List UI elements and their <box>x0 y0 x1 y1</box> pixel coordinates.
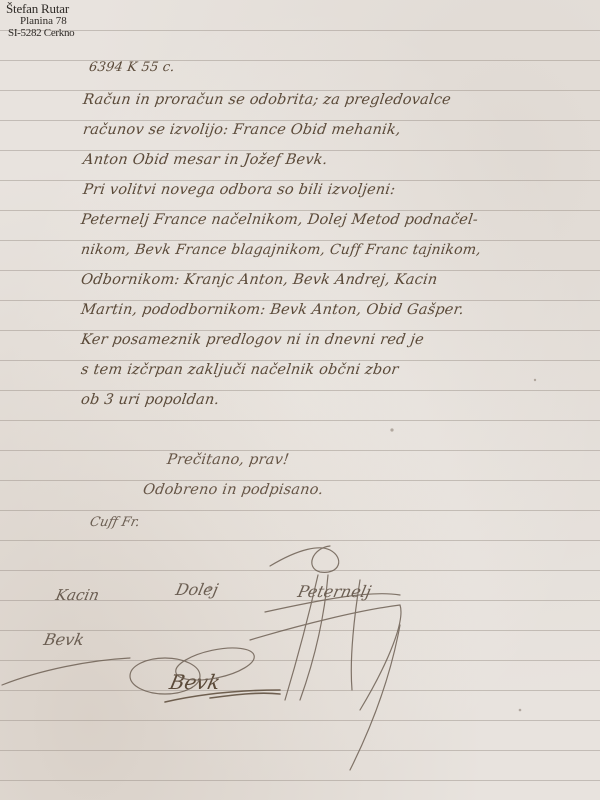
text-line: nikom, Bevk France blagajnikom, Cuff Fra… <box>80 242 482 258</box>
text-line: Peternelj France načelnikom, Dolej Metod… <box>80 212 479 228</box>
text-line: ob 3 uri popoldan. <box>80 392 220 408</box>
text-line: Pri volitvi novega odbora so bili izvolj… <box>82 182 396 198</box>
text-line: Odbornikom: Kranjc Anton, Bevk Andrej, K… <box>80 272 439 288</box>
text-line: Martin, pododbornikom: Bevk Anton, Obid … <box>80 302 465 318</box>
text-line: s tem izčrpan zaključi načelnik občni zb… <box>80 362 400 378</box>
signature: Bevk <box>42 630 86 649</box>
stamp-name: Štefan Rutar <box>6 2 74 15</box>
signature: Peternelj <box>296 582 373 601</box>
signature: Kacin <box>54 586 101 604</box>
stamp-city: SI-5282 Cerkno <box>6 28 74 39</box>
text-line: Anton Obid mesar in Jožef Bevk. <box>82 152 329 168</box>
text-line: Ker posameznik predlogov ni in dnevni re… <box>80 332 425 348</box>
signature: Cuff Fr. <box>88 515 141 530</box>
closing-line-read: Prečitano, prav! <box>166 452 290 468</box>
signature: Bevk <box>167 670 222 694</box>
text-line: Račun in proračun se odobrita; za pregle… <box>82 92 452 108</box>
closing-line-approved: Odobreno in podpisano. <box>142 482 324 498</box>
text-line: računov se izvolijo: France Obid mehanik… <box>82 122 402 138</box>
owner-stamp: Štefan Rutar Planina 78 SI-5282 Cerkno <box>6 2 74 39</box>
amount-line: 6394 K 55 c. <box>88 60 176 75</box>
signature: Dolej <box>174 580 220 599</box>
stamp-address: Planina 78 <box>6 16 74 27</box>
